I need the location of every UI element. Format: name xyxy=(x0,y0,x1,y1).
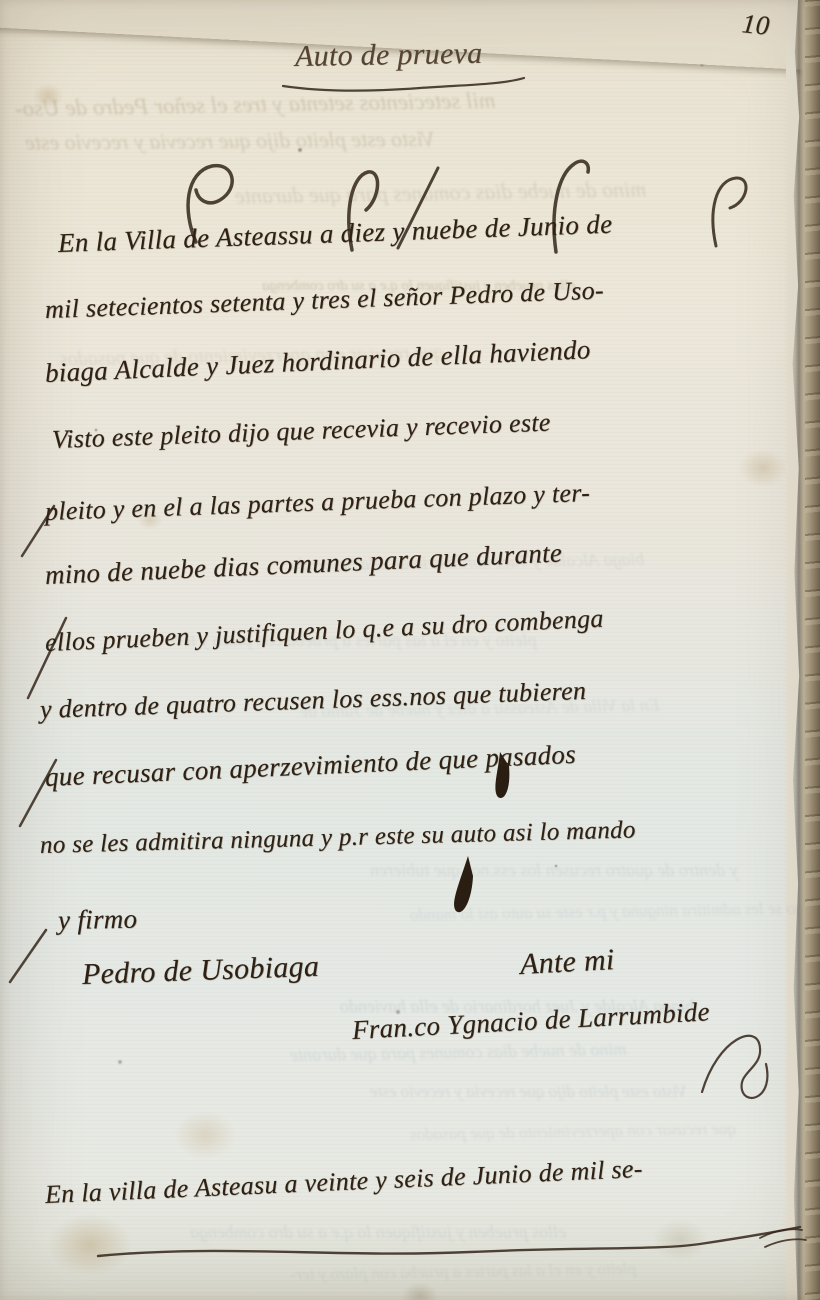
manuscript-page: mil setecientos setenta y tres el señor … xyxy=(0,0,820,1300)
scan-vignette xyxy=(0,0,820,1300)
